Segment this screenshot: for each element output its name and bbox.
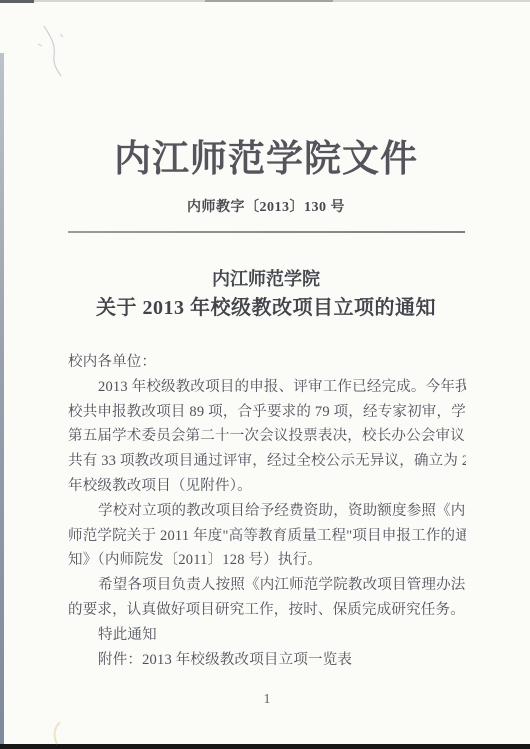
body-line-8: 知》（内师院发〔2011〕128 号）执行。	[68, 548, 466, 573]
salutation-line: 校内各单位：	[68, 350, 466, 375]
document-body: 校内各单位： 2013 年校级教改项目的申报、评审工作已经完成。今年我 校共申报…	[68, 350, 466, 672]
closing-line: 特此通知	[68, 623, 466, 648]
notice-title: 关于 2013 年校级教改项目立项的通知	[46, 291, 486, 320]
body-line-2: 校共申报教改项目 89 项，合乎要求的 79 项，经专家初审，学校	[68, 400, 466, 425]
body-line-3: 第五届学术委员会第二十一次会议投票表决，校长办公会审议，	[68, 424, 466, 449]
body-line-9: 希望各项目负责人按照《内江师范学院教改项目管理办法》	[68, 573, 466, 598]
pencil-smudge-mark	[30, 22, 74, 86]
scan-top-left-dark-mark	[0, 0, 34, 3]
scanned-document-page: 内江师范学院文件 内师教字〔2013〕130 号 内江师范学院 关于 2013 …	[0, 0, 530, 749]
letterhead-title: 内江师范学院文件	[66, 128, 466, 182]
scan-bottom-edge-bar	[0, 744, 530, 749]
body-line-1: 2013 年校级教改项目的申报、评审工作已经完成。今年我	[68, 375, 466, 400]
page-number: 1	[68, 691, 466, 707]
scan-top-edge-dashes	[205, 0, 333, 2]
body-line-6: 学校对立项的教改项目给予经费资助，资助额度参照《内江	[68, 499, 466, 524]
header-divider-rule	[68, 231, 465, 233]
body-line-7: 师范学院关于 2011 年度"高等教育质量工程"项目申报工作的通	[68, 524, 466, 549]
body-line-5: 年校级教改项目（见附件）。	[68, 474, 466, 499]
document-number: 内师教字〔2013〕130 号	[66, 196, 466, 216]
attachment-line: 附件：2013 年校级教改项目立项一览表	[68, 648, 466, 673]
body-line-4: 共有 33 项教改项目通过评审，经过全校公示无异议，确立为 2013	[68, 449, 466, 474]
scan-left-edge-shadow	[0, 53, 4, 744]
notice-issuer-line: 内江师范学院	[66, 265, 466, 291]
body-line-10: 的要求，认真做好项目研究工作，按时、保质完成研究任务。	[68, 598, 466, 623]
paper-stain-mark	[48, 720, 66, 746]
